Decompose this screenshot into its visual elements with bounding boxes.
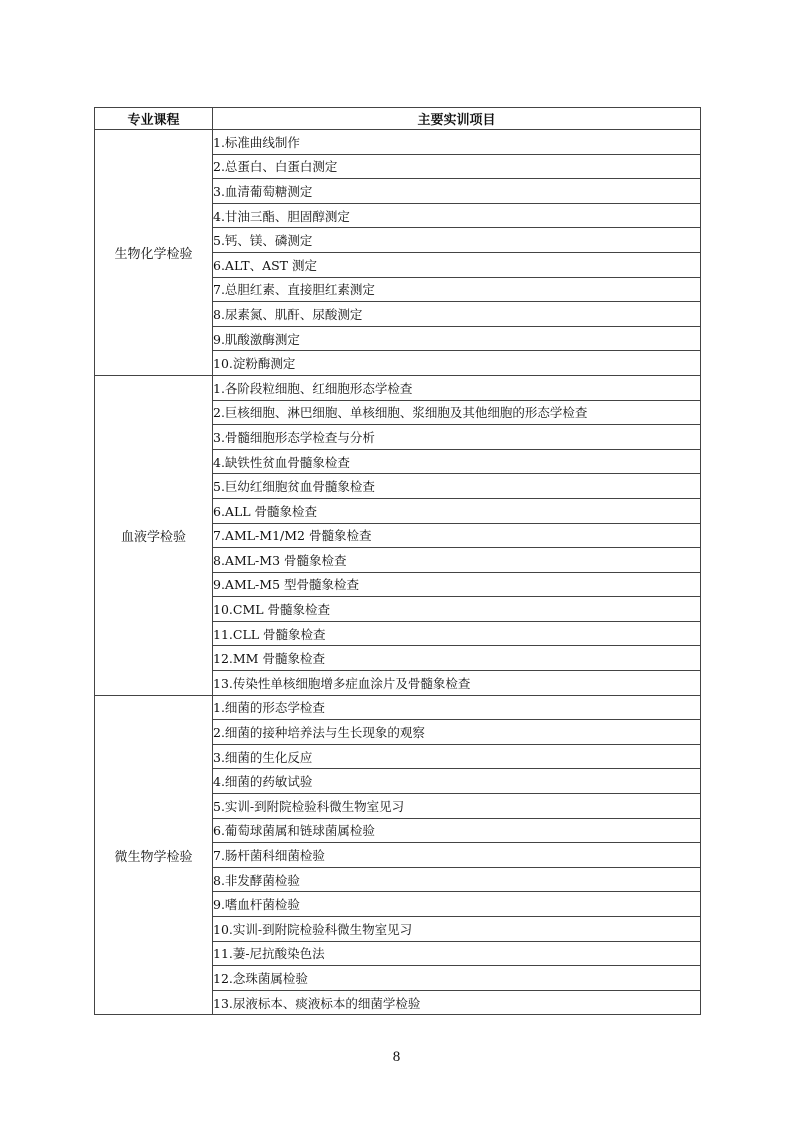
training-item: 2.总蛋白、白蛋白测定	[213, 154, 701, 179]
training-item: 10.实训-到附院检验科微生物室见习	[213, 917, 701, 942]
training-item: 1.各阶段粒细胞、红细胞形态学检查	[213, 375, 701, 400]
training-item: 10.CML 骨髓象检查	[213, 597, 701, 622]
table-body: 生物化学检验1.标准曲线制作2.总蛋白、白蛋白测定3.血清葡萄糖测定4.甘油三酯…	[95, 130, 701, 1015]
training-item: 2.细菌的接种培养法与生长现象的观察	[213, 720, 701, 745]
training-item: 13.传染性单核细胞增多症血涂片及骨髓象检查	[213, 671, 701, 696]
training-item: 5.钙、镁、磷测定	[213, 228, 701, 253]
training-item: 6.葡萄球菌属和链球菌属检验	[213, 818, 701, 843]
training-item: 7.肠杆菌科细菌检验	[213, 843, 701, 868]
training-item: 11.CLL 骨髓象检查	[213, 621, 701, 646]
training-item: 1.细菌的形态学检查	[213, 695, 701, 720]
training-item: 12.念珠菌属检验	[213, 966, 701, 991]
training-item: 3.血清葡萄糖测定	[213, 179, 701, 204]
course-name: 微生物学检验	[95, 695, 213, 1015]
training-item: 5.实训-到附院检验科微生物室见习	[213, 794, 701, 819]
training-item: 7.AML-M1/M2 骨髓象检查	[213, 523, 701, 548]
training-item: 6.ALT、AST 测定	[213, 252, 701, 277]
training-item: 7.总胆红素、直接胆红素测定	[213, 277, 701, 302]
training-item: 8.AML-M3 骨髓象检查	[213, 548, 701, 573]
training-item: 3.细菌的生化反应	[213, 744, 701, 769]
training-item: 10.淀粉酶测定	[213, 351, 701, 376]
header-items: 主要实训项目	[213, 108, 701, 130]
table-row: 微生物学检验1.细菌的形态学检查	[95, 695, 701, 720]
training-item: 3.骨髓细胞形态学检查与分析	[213, 425, 701, 450]
training-item: 9.AML-M5 型骨髓象检查	[213, 572, 701, 597]
training-item: 9.肌酸激酶测定	[213, 326, 701, 351]
page-number: 8	[0, 1049, 793, 1066]
training-item: 13.尿液标本、痰液标本的细菌学检验	[213, 990, 701, 1015]
training-item: 4.细菌的药敏试验	[213, 769, 701, 794]
training-item: 1.标准曲线制作	[213, 130, 701, 155]
table-header-row: 专业课程 主要实训项目	[95, 108, 701, 130]
training-item: 6.ALL 骨髓象检查	[213, 498, 701, 523]
training-item: 4.缺铁性贫血骨髓象检查	[213, 449, 701, 474]
header-course: 专业课程	[95, 108, 213, 130]
training-item: 9.嗜血杆菌检验	[213, 892, 701, 917]
training-item: 2.巨核细胞、淋巴细胞、单核细胞、浆细胞及其他细胞的形态学检查	[213, 400, 701, 425]
table-row: 生物化学检验1.标准曲线制作	[95, 130, 701, 155]
training-item: 8.非发酵菌检验	[213, 867, 701, 892]
training-item: 5.巨幼红细胞贫血骨髓象检查	[213, 474, 701, 499]
training-projects-table: 专业课程 主要实训项目 生物化学检验1.标准曲线制作2.总蛋白、白蛋白测定3.血…	[94, 107, 701, 1015]
training-item: 12.MM 骨髓象检查	[213, 646, 701, 671]
course-name: 血液学检验	[95, 375, 213, 695]
course-name: 生物化学检验	[95, 130, 213, 376]
training-item: 4.甘油三酯、胆固醇测定	[213, 203, 701, 228]
table-row: 血液学检验1.各阶段粒细胞、红细胞形态学检查	[95, 375, 701, 400]
training-item: 11.萋-尼抗酸染色法	[213, 941, 701, 966]
training-item: 8.尿素氮、肌酐、尿酸测定	[213, 302, 701, 327]
